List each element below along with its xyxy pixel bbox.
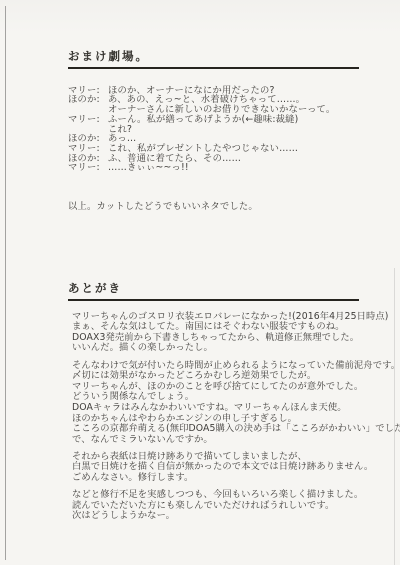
- dialogue-text: ……きぃぃ~~っ!!: [108, 163, 189, 173]
- omake-heading-rule: [68, 67, 359, 69]
- dialogue-speaker: マリー:: [68, 163, 108, 173]
- atogaki-section: あとがき マリーちゃんのゴスロリ衣装エロバレーになかった!(2016年4月25日…: [68, 280, 359, 522]
- atogaki-paragraph: マリーちゃんのゴスロリ衣装エロバレーになかった!(2016年4月25日時点) ま…: [72, 312, 359, 354]
- scanned-page: おまけ劇場。 マリー: ほのか、オーナーになにか用だったの? ほのか: あ、あの…: [0, 0, 400, 565]
- dialogue-block: マリー: ほのか、オーナーになにか用だったの? ほのか: あ、あの、えっ~と、水…: [68, 86, 359, 173]
- atogaki-line: ごめんなさい。修行します。: [72, 473, 359, 484]
- atogaki-line: で、なんでミラいないんですか。: [72, 435, 359, 446]
- atogaki-line: いいんだ。描くの楽しかったし。: [72, 343, 359, 354]
- atogaki-paragraph: そんなわけで気が付いたら時間が止められるようになっていた備前泥舟です。 〆切には…: [72, 361, 359, 446]
- atogaki-line: DOAキャラはみんなかわいいですね。マリーちゃんほんま天使。: [72, 403, 359, 414]
- atogaki-heading-rule: [68, 299, 359, 301]
- atogaki-body: マリーちゃんのゴスロリ衣装エロバレーになかった!(2016年4月25日時点) ま…: [68, 312, 359, 522]
- omake-section: おまけ劇場。 マリー: ほのか、オーナーになにか用だったの? ほのか: あ、あの…: [68, 48, 359, 212]
- atogaki-heading: あとがき: [68, 280, 359, 296]
- atogaki-paragraph: などと修行不足を実感しつつも、今回もいろいろ楽しく描けました。 読んでいただいた…: [72, 490, 359, 522]
- atogaki-paragraph: それから表紙は日焼け跡ありで描いてしまいましたが、 白黒で日焼けを描く自信が無か…: [72, 452, 359, 484]
- omake-closing: 以上。カットしたどうでもいいネタでした。: [68, 198, 359, 212]
- dialogue-line: マリー: ……きぃぃ~~っ!!: [68, 163, 359, 173]
- omake-heading: おまけ劇場。: [68, 48, 359, 64]
- atogaki-line: 次はどうしようかなー。: [72, 511, 359, 522]
- dialogue-speaker: マリー:: [68, 115, 108, 125]
- dialogue-speaker: ほのか:: [68, 95, 108, 105]
- scan-edge-right-line: [394, 268, 395, 565]
- dialogue-text: ふーん。私が繕ってあげようか(←趣味:裁縫): [108, 115, 298, 125]
- scan-edge-left-line: [5, 6, 6, 560]
